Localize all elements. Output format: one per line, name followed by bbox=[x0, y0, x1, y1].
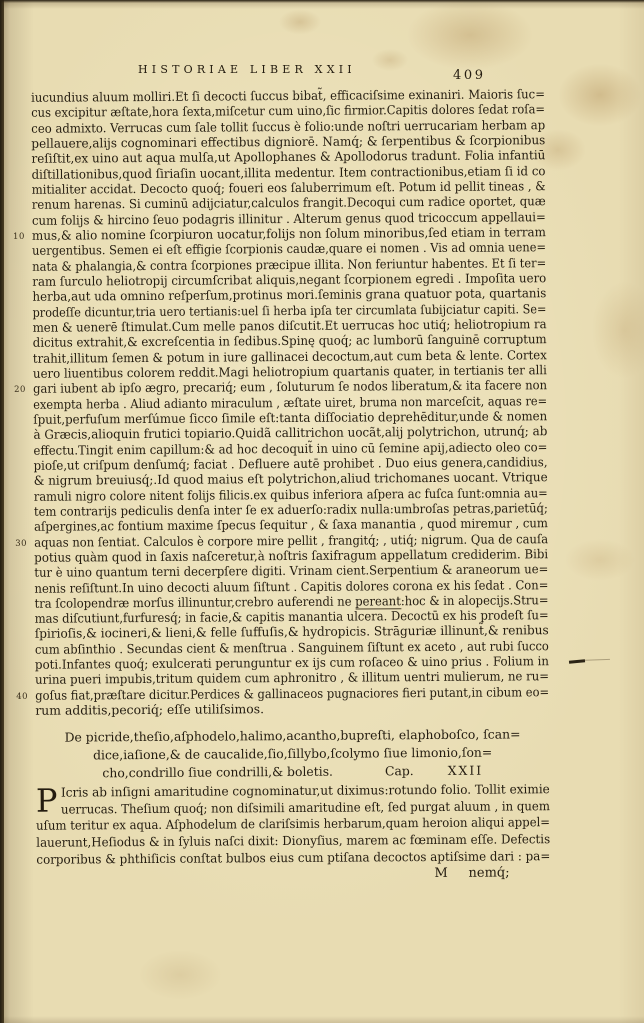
line-number-marginal: 30 bbox=[15, 536, 27, 551]
body-text: iucundius aluum molliri.Et ſi decocti ſu… bbox=[31, 86, 549, 718]
text-block: iucundius aluum molliri.Et ſi decocti ſu… bbox=[31, 86, 551, 887]
line-number-marginal: 20 bbox=[14, 383, 26, 398]
page-footer: M nemq́; bbox=[36, 865, 550, 887]
page-number: 409 bbox=[453, 68, 486, 83]
ink-underline: pereant bbox=[355, 593, 401, 609]
chapter-number: XXII bbox=[448, 761, 484, 779]
body-line-text: rum additis,pecoriq́; eſſe utiliſsimos. bbox=[35, 701, 264, 718]
chapter-summary: De picride,theſio,aſphodelo,halimo,acant… bbox=[35, 726, 549, 782]
page-left-edge bbox=[0, 0, 4, 1023]
line-number-marginal: 10 bbox=[13, 230, 25, 245]
page-top-edge bbox=[0, 0, 644, 3]
line-number-marginal: 40 bbox=[16, 690, 28, 705]
chapter-summary-line: cho,condrillo ſiue condrilli,& boletis. … bbox=[36, 761, 550, 782]
chapter-cap-label: Cap. bbox=[385, 762, 414, 780]
chapter-summary-line-text: cho,condrillo ſiue condrilli,& boletis. bbox=[102, 762, 333, 781]
catchword: nemq́; bbox=[468, 866, 509, 881]
body-line: rum additis,pecoriq́; eſſe utiliſsimos. bbox=[35, 699, 549, 718]
chapter-text: P Icris ab inſigni amaritudine cognomina… bbox=[36, 781, 551, 887]
signature-mark: M bbox=[434, 866, 447, 881]
book-page: HISTORIAE LIBER XXII 409 iucundius aluum… bbox=[0, 0, 644, 1023]
running-title: HISTORIAE LIBER XXII bbox=[138, 63, 356, 76]
ink-dash-mark bbox=[569, 659, 585, 663]
